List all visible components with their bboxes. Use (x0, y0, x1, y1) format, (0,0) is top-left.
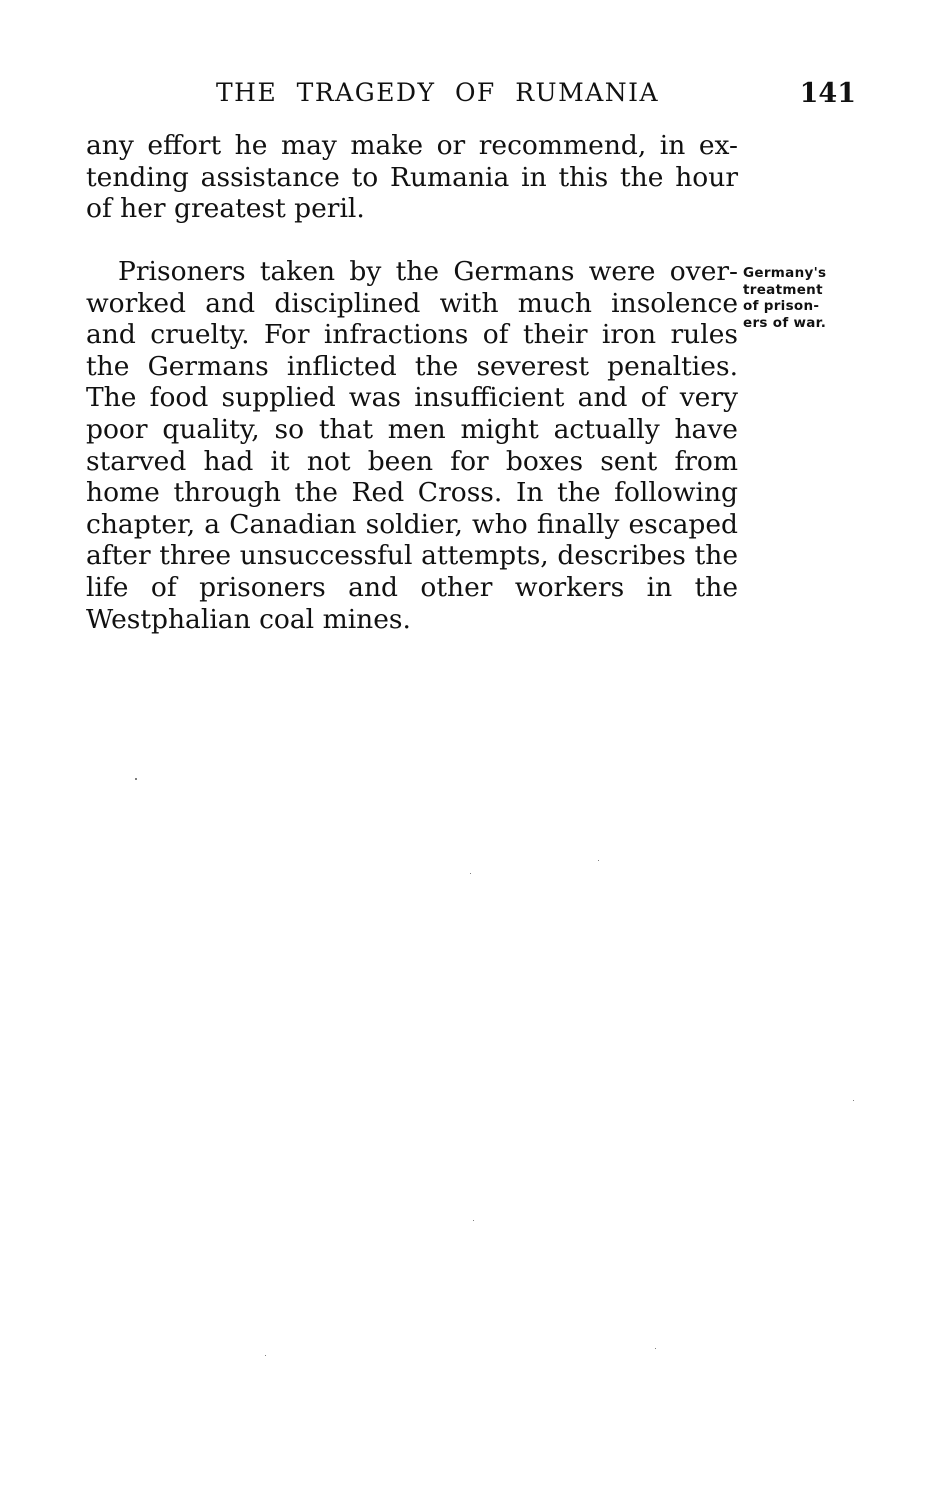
book-page: THE TRAGEDY OF RUMANIA 141 any effort he… (0, 0, 950, 1495)
text-line: Prisoners taken by the Germans were over… (86, 256, 738, 288)
paragraph-continuation: any effort he may make or recommend, in … (86, 130, 738, 225)
text-line: starved had it not been for boxes sent f… (86, 446, 738, 478)
sidenote-line: treatment (743, 282, 861, 299)
paragraph-prisoners: Prisoners taken by the Germans were over… (86, 256, 738, 635)
text-line: home through the Red Cross. In the follo… (86, 477, 738, 509)
text-line: any effort he may make or recommend, in … (86, 130, 738, 162)
sidenote-line: Germany's (743, 265, 861, 282)
running-title: THE TRAGEDY OF RUMANIA (216, 78, 659, 107)
sidenote-line: ers of war. (743, 315, 861, 332)
text-line: life of prisoners and other workers in t… (86, 572, 738, 604)
text-line: chapter, a Canadian soldier, who finally… (86, 509, 738, 541)
text-line: of her greatest peril. (86, 193, 738, 225)
scan-speck (655, 1348, 656, 1349)
scan-speck (473, 1220, 474, 1221)
scan-speck (598, 860, 599, 861)
scan-speck (265, 1355, 266, 1356)
text-line: the Germans inflicted the severest penal… (86, 351, 738, 383)
text-line: Westphalian coal mines. (86, 604, 738, 636)
margin-sidenote: Germany's treatment of prison- ers of wa… (743, 265, 861, 331)
scan-speck (470, 873, 471, 874)
sidenote-line: of prison- (743, 298, 861, 315)
scan-speck (853, 1100, 854, 1101)
text-line: worked and disciplined with much insolen… (86, 288, 738, 320)
text-line: and cruelty. For infractions of their ir… (86, 319, 738, 351)
text-line: The food supplied was insufficient and o… (86, 382, 738, 414)
text-line: after three unsuccessful attempts, descr… (86, 540, 738, 572)
running-head: THE TRAGEDY OF RUMANIA 141 (216, 78, 856, 118)
text-line: poor quality, so that men might actually… (86, 414, 738, 446)
text-line: tending assistance to Rumania in this th… (86, 162, 738, 194)
page-number: 141 (800, 78, 856, 109)
scan-speck (135, 778, 137, 780)
